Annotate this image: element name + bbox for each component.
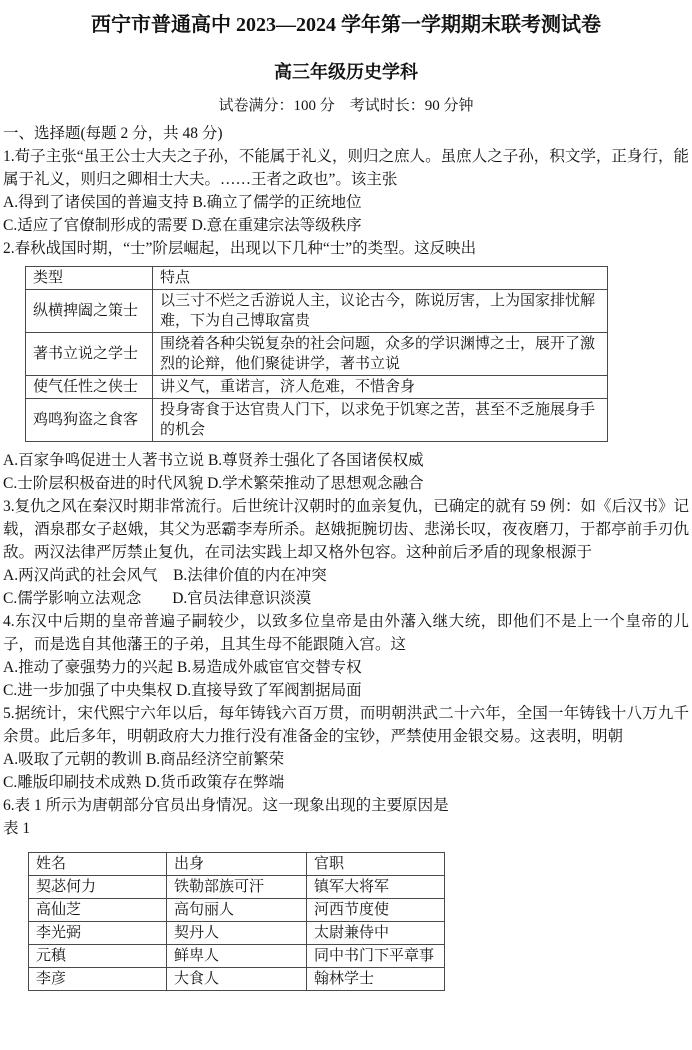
- tang-officials-table: 姓名 出身 官职 契苾何力 铁勒部族可汗 镇军大将军 高仙芝 高句丽人 河西节度…: [28, 852, 445, 991]
- table-header-row: 类型 特点: [26, 267, 608, 290]
- table-row: 著书立说之学士 围绕着各种尖锐复杂的社会问题，众多的学识渊博之士，展开了激烈的论…: [26, 333, 608, 376]
- table-cell: 著书立说之学士: [26, 333, 153, 376]
- table-1-caption: 表 1: [3, 817, 689, 840]
- table-cell: 同中书门下平章事: [307, 945, 445, 968]
- table-row: 李光弼 契丹人 太尉兼侍中: [29, 922, 445, 945]
- table-cell: 翰林学士: [307, 968, 445, 991]
- table-row: 鸡鸣狗盗之食客 投身寄食于达官贵人门下，以求免于饥寒之苦，甚至不乏施展身手的机会: [26, 399, 608, 442]
- table-cell: 讲义气，重诺言，济人危难，不惜舍身: [153, 376, 608, 399]
- table-cell: 投身寄食于达官贵人门下，以求免于饥寒之苦，甚至不乏施展身手的机会: [153, 399, 608, 442]
- question-5-options-cd: C.雕版印刷技术成熟 D.货币政策存在弊端: [3, 771, 689, 794]
- table-header-cell: 类型: [26, 267, 153, 290]
- table-cell: 河西节度使: [307, 899, 445, 922]
- table-header-cell: 特点: [153, 267, 608, 290]
- table-cell: 太尉兼侍中: [307, 922, 445, 945]
- question-5-stem: 5.据统计，宋代熙宁六年以后，每年铸钱六百万贯，而明朝洪武二十六年，全国一年铸钱…: [3, 702, 689, 748]
- question-3-options-ab: A.两汉尚武的社会风气 B.法律价值的内在冲突: [3, 564, 689, 587]
- table-cell: 铁勒部族可汗: [167, 876, 307, 899]
- table-cell: 使气任性之侠士: [26, 376, 153, 399]
- table-cell: 李彦: [29, 968, 167, 991]
- table-cell: 大食人: [167, 968, 307, 991]
- table-header-cell: 出身: [167, 853, 307, 876]
- exam-subject: 高三年级历史学科: [3, 60, 689, 85]
- table-cell: 以三寸不烂之舌游说人主，议论古今，陈说厉害，上为国家排忧解难，下为自己博取富贵: [153, 290, 608, 333]
- table-header-cell: 姓名: [29, 853, 167, 876]
- table-cell: 契丹人: [167, 922, 307, 945]
- section-one-heading: 一、选择题(每题 2 分，共 48 分): [3, 122, 689, 145]
- table-cell: 高仙芝: [29, 899, 167, 922]
- table-cell: 元稹: [29, 945, 167, 968]
- table-row: 高仙芝 高句丽人 河西节度使: [29, 899, 445, 922]
- question-3-stem: 3.复仇之风在秦汉时期非常流行。后世统计汉朝时的血亲复仇，已确定的就有 59 例…: [3, 495, 689, 564]
- question-4-options-ab: A.推动了豪强势力的兴起 B.易造成外戚宦官交替专权: [3, 656, 689, 679]
- table-row: 使气任性之侠士 讲义气，重诺言，济人危难，不惜舍身: [26, 376, 608, 399]
- question-1-stem: 1.荀子主张“虽王公士大夫之子孙，不能属于礼义，则归之庶人。虽庶人之子孙，积文学…: [3, 145, 689, 191]
- table-header-cell: 官职: [307, 853, 445, 876]
- table-cell: 鲜卑人: [167, 945, 307, 968]
- question-1-options-ab: A.得到了诸侯国的普遍支持 B.确立了儒学的正统地位: [3, 191, 689, 214]
- table-row: 契苾何力 铁勒部族可汗 镇军大将军: [29, 876, 445, 899]
- table-cell: 围绕着各种尖锐复杂的社会问题，众多的学识渊博之士，展开了激烈的论辩，他们聚徒讲学…: [153, 333, 608, 376]
- question-5-options-ab: A.吸取了元朝的教训 B.商品经济空前繁荣: [3, 748, 689, 771]
- table-header-row: 姓名 出身 官职: [29, 853, 445, 876]
- shi-types-table: 类型 特点 纵横捭阖之策士 以三寸不烂之舌游说人主，议论古今，陈说厉害，上为国家…: [25, 266, 608, 442]
- table-row: 李彦 大食人 翰林学士: [29, 968, 445, 991]
- question-2-options-ab: A.百家争鸣促进士人著书立说 B.尊贤养士强化了各国诸侯权威: [3, 449, 689, 472]
- table-cell: 鸡鸣狗盗之食客: [26, 399, 153, 442]
- question-4-options-cd: C.进一步加强了中央集权 D.直接导致了军阀割据局面: [3, 679, 689, 702]
- table-row: 元稹 鲜卑人 同中书门下平章事: [29, 945, 445, 968]
- question-4-stem: 4.东汉中后期的皇帝普遍子嗣较少，以致多位皇帝是由外藩入继大统，即他们不是上一个…: [3, 610, 689, 656]
- question-1-options-cd: C.适应了官僚制形成的需要 D.意在重建宗法等级秩序: [3, 214, 689, 237]
- question-6-stem: 6.表 1 所示为唐朝部分官员出身情况。这一现象出现的主要原因是: [3, 794, 689, 817]
- table-row: 纵横捭阖之策士 以三寸不烂之舌游说人主，议论古今，陈说厉害，上为国家排忧解难，下…: [26, 290, 608, 333]
- exam-info: 试卷满分：100 分 考试时长：90 分钟: [3, 96, 689, 116]
- table-cell: 纵横捭阖之策士: [26, 290, 153, 333]
- question-2-stem: 2.春秋战国时期，“士”阶层崛起，出现以下几种“士”的类型。这反映出: [3, 237, 689, 260]
- table-cell: 契苾何力: [29, 876, 167, 899]
- exam-page: 西宁市普通高中 2023—2024 学年第一学期期末联考测试卷 高三年级历史学科…: [0, 0, 692, 991]
- table-cell: 高句丽人: [167, 899, 307, 922]
- table-cell: 镇军大将军: [307, 876, 445, 899]
- question-3-options-cd: C.儒学影响立法观念 D.官员法律意识淡漠: [3, 587, 689, 610]
- exam-title: 西宁市普通高中 2023—2024 学年第一学期期末联考测试卷: [3, 12, 689, 39]
- table-cell: 李光弼: [29, 922, 167, 945]
- question-2-options-cd: C.士阶层积极奋进的时代风貌 D.学术繁荣推动了思想观念融合: [3, 472, 689, 495]
